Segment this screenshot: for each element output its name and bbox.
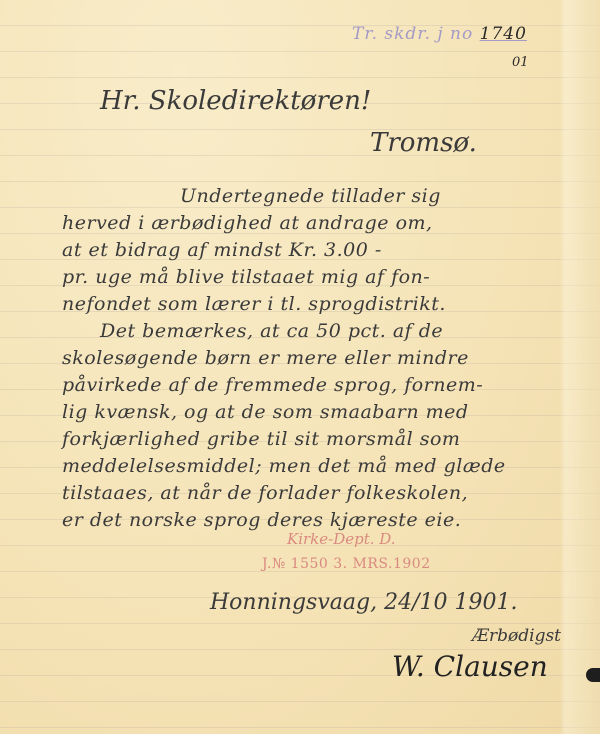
body-line: nefondet som lærer i tl. sprogdistrikt. xyxy=(62,293,446,315)
ink-blot xyxy=(586,668,600,682)
salutation: Hr. Skoledirektøren! xyxy=(100,86,371,116)
body-line: påvirkede af de fremmede sprog, fornem- xyxy=(62,374,483,396)
recipient-place: Tromsø. xyxy=(370,128,477,158)
reference-stamp-text: Tr. skdr. j no xyxy=(352,24,473,44)
body-line: herved i ærbødighed at andrage om, xyxy=(62,212,433,234)
letter-page: Tr. skdr. j no 1740 01 Hr. Skoledirektør… xyxy=(0,0,600,734)
reference-number: 1740 xyxy=(480,24,527,44)
body-line: Det bemærkes, at ca 50 pct. af de xyxy=(100,320,443,342)
place-and-date: Honningsvaag, 24/10 1901. xyxy=(210,590,517,615)
body-line: tilstaaes, at når de forlader folkeskole… xyxy=(62,482,468,504)
body-line: skolesøgende børn er mere eller mindre xyxy=(62,347,469,369)
received-stamp-department: Kirke-Dept. D. xyxy=(287,530,396,548)
closing-word: Ærbødigst xyxy=(472,626,561,646)
signature: W. Clausen xyxy=(392,650,548,683)
body-line: pr. uge må blive tilstaaet mig af fon- xyxy=(62,266,430,288)
body-line: lig kvænsk, og at de som smaabarn med xyxy=(62,401,469,423)
body-line: at et bidrag af mindst Kr. 3.00 - xyxy=(62,239,382,261)
body-line: meddelelsesmiddel; men det må med glæde xyxy=(62,455,506,477)
body-line: Undertegnede tillader sig xyxy=(180,185,441,207)
reference-sub-number: 01 xyxy=(512,55,529,70)
body-line: er det norske sprog deres kjæreste eie. xyxy=(62,509,461,531)
reference-stamp: Tr. skdr. j no 1740 xyxy=(352,24,527,44)
body-line: forkjærlighed gribe til sit morsmål som xyxy=(62,428,460,450)
received-stamp-journal: J.№ 1550 3. MRS.1902 xyxy=(262,556,431,572)
